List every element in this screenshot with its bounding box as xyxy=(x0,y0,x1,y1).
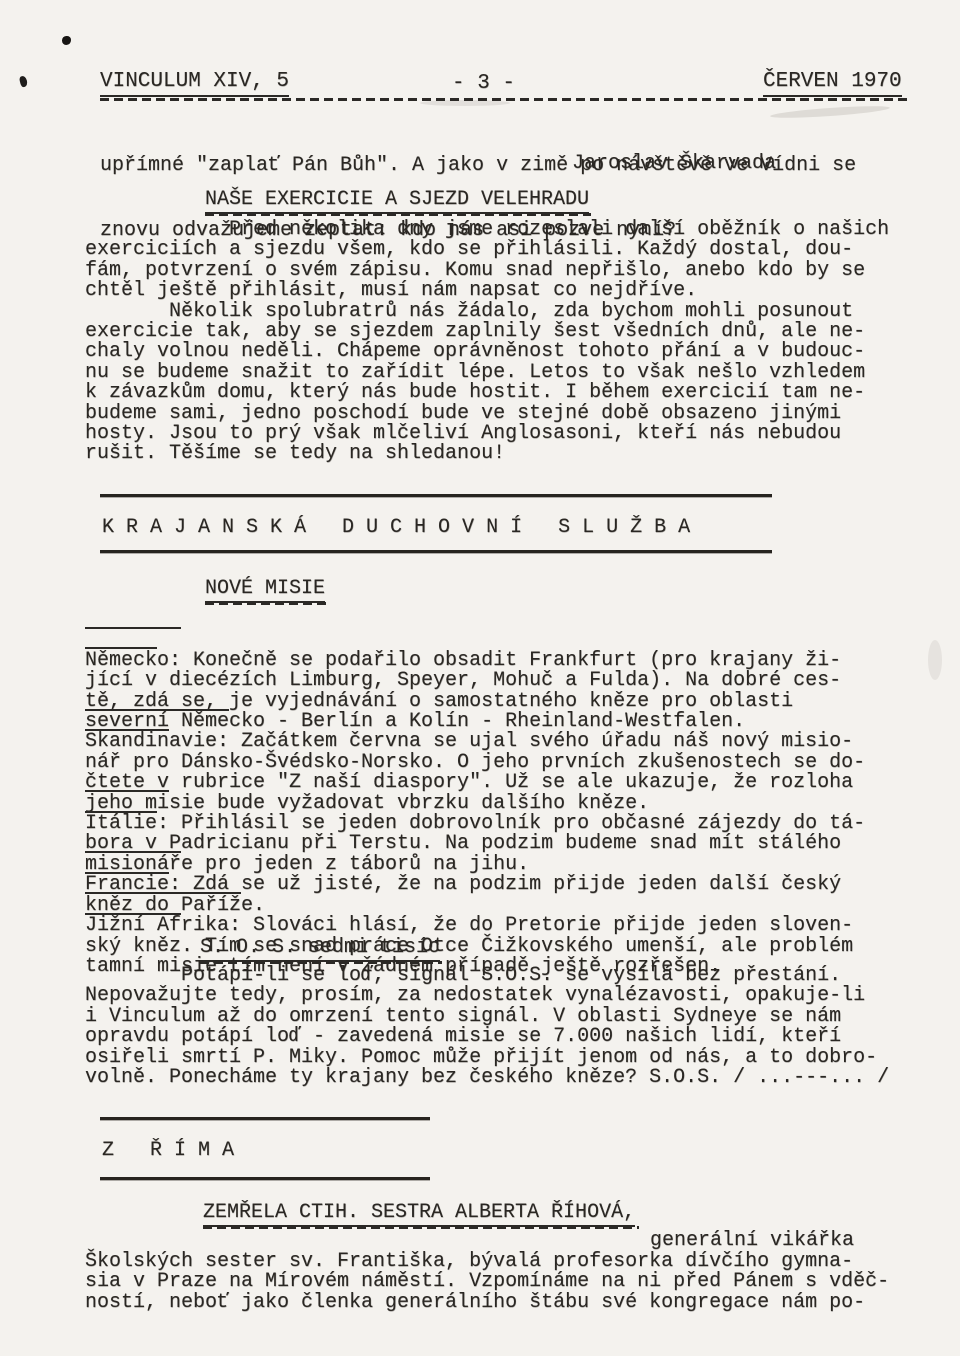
text-line: Nepovažujte tedy, prosím, za nedostatek … xyxy=(85,986,935,1006)
text-line: exerciciích a sjezdu všem, kdo se přihlá… xyxy=(85,240,925,260)
section-heading-zemrela: ZEMŘELA CTIH. SESTRA ALBERTA ŘÍHOVÁ, xyxy=(203,1201,635,1227)
text-line: k závazkům domu, který nás bude hostit. … xyxy=(85,383,925,403)
text-line: osiřeli smrtí P. Miky. Pomoc může přijít… xyxy=(85,1048,935,1068)
text-line: jící v diecézích Limburg, Speyer, Mohuč … xyxy=(85,671,925,691)
text-line: kněz do Paříže. xyxy=(85,896,925,916)
underline-mark xyxy=(85,892,241,894)
section-heading-nove-misie: NOVÉ MISIE xyxy=(205,577,325,603)
divider-rule xyxy=(100,1117,430,1120)
text-line: volně. Ponecháme ty krajany bez českého … xyxy=(85,1068,935,1088)
section-body-sos: Potápí-li se loď, signál S.O.S. se vysíl… xyxy=(85,966,935,1088)
page-number: - 3 - xyxy=(452,72,515,95)
section-body-zemrela: Školských sester sv. Františka, bývalá p… xyxy=(85,1252,935,1313)
section-heading-sos: S. O. S. sedmi tisíc xyxy=(200,936,440,962)
text-line: Itálie: Přihlásil se jeden dobrovolník p… xyxy=(85,814,925,834)
text-line: nu se budeme snažit to zařídit lépe. Let… xyxy=(85,363,925,383)
text-line: Školských sester sv. Františka, bývalá p… xyxy=(85,1252,935,1272)
text-line: Před několika dny jsme rozeslali další o… xyxy=(85,220,925,240)
heading-dashed-rule xyxy=(205,213,591,216)
divider-rule xyxy=(100,1177,430,1180)
underline-mark xyxy=(85,627,181,629)
ink-speck xyxy=(62,36,71,45)
underline-mark xyxy=(85,811,157,813)
text-line: nář pro Dánsko-Švédsko-Norsko. O jeho pr… xyxy=(85,753,925,773)
section-heading-exercicie: NAŠE EXERCICIE A SJEZD VELEHRADU xyxy=(205,188,589,214)
underline-mark xyxy=(85,851,181,853)
issue-date: ČERVEN 1970 xyxy=(763,70,902,97)
underline-mark xyxy=(85,790,169,792)
text-line: Skandinavie: Začátkem června se ujal své… xyxy=(85,732,925,752)
text-line: Potápí-li se loď, signál S.O.S. se vysíl… xyxy=(85,966,935,986)
text-line: i Vinculum až do omrzení tento signál. V… xyxy=(85,1007,935,1027)
underline-mark xyxy=(85,647,157,649)
scan-smudge xyxy=(928,640,942,680)
text-line: Německo: Konečně se podařilo obsadit Fra… xyxy=(85,651,925,671)
divider-rule xyxy=(100,550,772,553)
underline-mark xyxy=(85,709,229,711)
text-line: exercicie tak, aby se sjezdem zaplnily š… xyxy=(85,322,925,342)
text-line: chaly volnou neděli. Chápeme oprávněnost… xyxy=(85,342,925,362)
text-line: jeho misie bude vyžadovat vbrzku dalšího… xyxy=(85,794,925,814)
divider-title-krajanska: K R A J A N S K Á D U C H O V N Í S L U … xyxy=(102,516,690,539)
heading-dashed-rule xyxy=(205,602,327,605)
underline-mark xyxy=(85,872,169,874)
text-lines: Německo: Konečně se podařilo obsadit Fra… xyxy=(85,651,925,978)
section-body-exercicie: Před několika dny jsme rozeslali další o… xyxy=(85,220,925,465)
text-line: bora v Padricianu při Terstu. Na podzim … xyxy=(85,834,925,854)
byline: generální vikářka xyxy=(650,1229,854,1252)
divider-rule xyxy=(100,494,772,497)
text-line: chtěl ještě přihlásit, musí nám napsat c… xyxy=(85,281,925,301)
header-dashed-rule xyxy=(100,98,908,101)
text-line: budeme sami, jedno poschodí bude ve stej… xyxy=(85,404,925,424)
text-line: čtete v rubrice "Z naší diaspory". Už se… xyxy=(85,773,925,793)
underline-mark xyxy=(85,729,169,731)
text-line: hosty. Jsou to prý však mlčeliví Anglosa… xyxy=(85,424,925,444)
underline-mark xyxy=(85,913,181,915)
text-line: sia v Praze na Mírovém náměstí. Vzpomíná… xyxy=(85,1272,935,1292)
text-line: misionáře pro jeden z táborů na jihu. xyxy=(85,855,925,875)
scanned-newsletter-page: VINCULUM XIV, 5 - 3 - ČERVEN 1970 upřímn… xyxy=(0,0,960,1356)
divider-title-z-rima: Z Ř Í M A xyxy=(102,1139,234,1162)
newsletter-title: VINCULUM XIV, 5 xyxy=(100,70,289,97)
text-line: ností, neboť jako členka generálního štá… xyxy=(85,1293,935,1313)
text-line: opravdu potápí loď - zavedená misie se 7… xyxy=(85,1027,935,1047)
text-line: fám, potvrzení o svém zápisu. Komu snad … xyxy=(85,261,925,281)
ink-speck xyxy=(19,75,28,87)
heading-dashed-rule xyxy=(203,1226,639,1229)
signature: Jaroslav Škarvada xyxy=(572,152,776,175)
text-line: Jižní Afrika: Slováci hlásí, že do Preto… xyxy=(85,916,925,936)
text-line: rušit. Těšíme se tedy na shledanou! xyxy=(85,444,925,464)
text-line: severní Německo - Berlín a Kolín - Rhein… xyxy=(85,712,925,732)
text-line: Několik spolubratrů nás žádalo, zda bych… xyxy=(85,302,925,322)
